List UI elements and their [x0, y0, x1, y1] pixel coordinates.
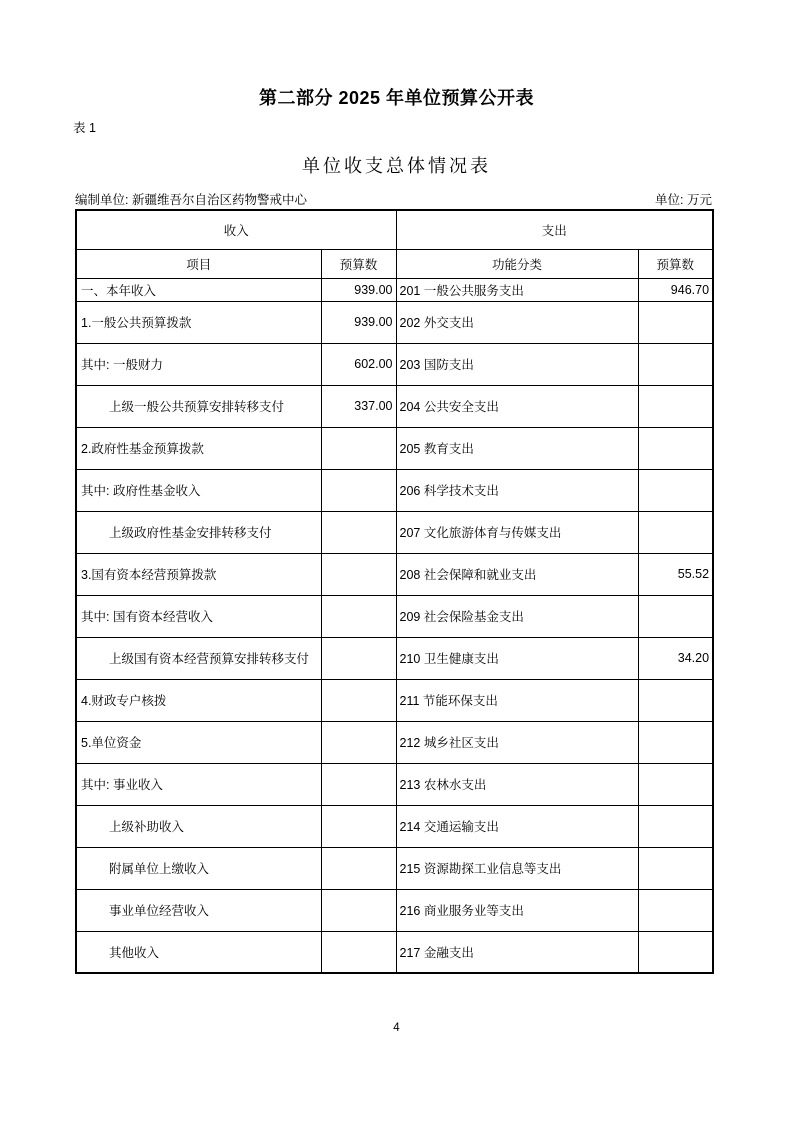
income-value-cell — [321, 931, 396, 973]
table-title: 单位收支总体情况表 — [0, 152, 793, 178]
col-header-budget2: 预算数 — [638, 249, 713, 278]
expense-value-cell — [638, 931, 713, 973]
income-value-cell — [321, 763, 396, 805]
income-item-cell: 附属单位上缴收入 — [76, 847, 321, 889]
table-header-row-sub: 项目 预算数 功能分类 预算数 — [76, 249, 713, 278]
col-header-budget: 预算数 — [321, 249, 396, 278]
expense-value-cell — [638, 721, 713, 763]
expense-item-cell: 201 一般公共服务支出 — [396, 278, 638, 301]
table-row: 其中: 政府性基金收入 206 科学技术支出 — [76, 469, 713, 511]
expense-item-cell: 215 资源勘探工业信息等支出 — [396, 847, 638, 889]
income-value-cell — [321, 637, 396, 679]
expense-item-cell: 203 国防支出 — [396, 343, 638, 385]
table-meta-line: 编制单位: 新疆维吾尔自治区药物警戒中心 单位: 万元 — [75, 190, 712, 208]
expense-item-cell: 202 外交支出 — [396, 301, 638, 343]
income-item-cell: 4.财政专户核拨 — [76, 679, 321, 721]
income-section-header: 收入 — [76, 210, 396, 249]
income-value-cell — [321, 469, 396, 511]
income-value-cell — [321, 721, 396, 763]
table-row: 其他收入 217 金融支出 — [76, 931, 713, 973]
table-row: 事业单位经营收入 216 商业服务业等支出 — [76, 889, 713, 931]
document-page: 第二部分 2025 年单位预算公开表 表 1 单位收支总体情况表 编制单位: 新… — [0, 0, 793, 1122]
expense-item-cell: 217 金融支出 — [396, 931, 638, 973]
col-header-item: 项目 — [76, 249, 321, 278]
table-row: 5.单位资金 212 城乡社区支出 — [76, 721, 713, 763]
table-row: 上级国有资本经营预算安排转移支付 210 卫生健康支出 34.20 — [76, 637, 713, 679]
table-row: 一、本年收入 939.00 201 一般公共服务支出 946.70 — [76, 278, 713, 301]
expense-item-cell: 210 卫生健康支出 — [396, 637, 638, 679]
expense-value-cell — [638, 427, 713, 469]
income-value-cell: 939.00 — [321, 278, 396, 301]
unit-note-label: 单位: 万元 — [655, 190, 712, 208]
expense-item-cell: 208 社会保障和就业支出 — [396, 553, 638, 595]
expense-value-cell — [638, 763, 713, 805]
expense-item-cell: 205 教育支出 — [396, 427, 638, 469]
income-item-cell: 其中: 事业收入 — [76, 763, 321, 805]
prepared-by-label: 编制单位: 新疆维吾尔自治区药物警戒中心 — [75, 190, 307, 208]
income-value-cell — [321, 805, 396, 847]
expense-item-cell: 207 文化旅游体育与传媒支出 — [396, 511, 638, 553]
expense-value-cell — [638, 385, 713, 427]
income-item-cell: 3.国有资本经营预算拨款 — [76, 553, 321, 595]
expense-value-cell: 946.70 — [638, 278, 713, 301]
table-row: 2.政府性基金预算拨款 205 教育支出 — [76, 427, 713, 469]
income-value-cell — [321, 427, 396, 469]
expense-item-cell: 204 公共安全支出 — [396, 385, 638, 427]
income-item-cell: 2.政府性基金预算拨款 — [76, 427, 321, 469]
expense-item-cell: 214 交通运输支出 — [396, 805, 638, 847]
expense-value-cell — [638, 469, 713, 511]
document-title: 第二部分 2025 年单位预算公开表 — [0, 84, 793, 110]
expense-value-cell: 34.20 — [638, 637, 713, 679]
income-item-cell: 上级政府性基金安排转移支付 — [76, 511, 321, 553]
income-value-cell — [321, 889, 396, 931]
income-value-cell — [321, 511, 396, 553]
income-item-cell: 上级国有资本经营预算安排转移支付 — [76, 637, 321, 679]
expense-item-cell: 206 科学技术支出 — [396, 469, 638, 511]
income-value-cell: 939.00 — [321, 301, 396, 343]
income-value-cell: 602.00 — [321, 343, 396, 385]
table-row: 1.一般公共预算拨款 939.00 202 外交支出 — [76, 301, 713, 343]
col-header-function: 功能分类 — [396, 249, 638, 278]
income-value-cell: 337.00 — [321, 385, 396, 427]
income-item-cell: 上级补助收入 — [76, 805, 321, 847]
income-item-cell: 其中: 一般财力 — [76, 343, 321, 385]
income-item-cell: 1.一般公共预算拨款 — [76, 301, 321, 343]
expense-section-header: 支出 — [396, 210, 713, 249]
income-value-cell — [321, 553, 396, 595]
table-row: 附属单位上缴收入 215 资源勘探工业信息等支出 — [76, 847, 713, 889]
table-row: 4.财政专户核拨 211 节能环保支出 — [76, 679, 713, 721]
expense-item-cell: 216 商业服务业等支出 — [396, 889, 638, 931]
table-row: 3.国有资本经营预算拨款 208 社会保障和就业支出 55.52 — [76, 553, 713, 595]
income-value-cell — [321, 595, 396, 637]
income-item-cell: 其中: 国有资本经营收入 — [76, 595, 321, 637]
expense-value-cell — [638, 847, 713, 889]
expense-value-cell — [638, 343, 713, 385]
expense-item-cell: 211 节能环保支出 — [396, 679, 638, 721]
expense-value-cell — [638, 301, 713, 343]
table-row: 上级补助收入 214 交通运输支出 — [76, 805, 713, 847]
table-row: 其中: 国有资本经营收入 209 社会保险基金支出 — [76, 595, 713, 637]
expense-value-cell — [638, 511, 713, 553]
expense-item-cell: 212 城乡社区支出 — [396, 721, 638, 763]
table-row: 其中: 事业收入 213 农林水支出 — [76, 763, 713, 805]
income-item-cell: 5.单位资金 — [76, 721, 321, 763]
expense-value-cell — [638, 679, 713, 721]
table-header-row-main: 收入 支出 — [76, 210, 713, 249]
income-item-cell: 事业单位经营收入 — [76, 889, 321, 931]
table-row: 上级一般公共预算安排转移支付 337.00 204 公共安全支出 — [76, 385, 713, 427]
table-row: 上级政府性基金安排转移支付 207 文化旅游体育与传媒支出 — [76, 511, 713, 553]
page-number: 4 — [0, 1022, 793, 1034]
expense-value-cell: 55.52 — [638, 553, 713, 595]
expense-value-cell — [638, 889, 713, 931]
expense-value-cell — [638, 595, 713, 637]
table-row: 其中: 一般财力 602.00 203 国防支出 — [76, 343, 713, 385]
budget-summary-table: 收入 支出 项目 预算数 功能分类 预算数 一、本年收入 939.00 201 … — [75, 209, 714, 974]
table-number-label: 表 1 — [73, 118, 96, 136]
income-value-cell — [321, 679, 396, 721]
expense-item-cell: 213 农林水支出 — [396, 763, 638, 805]
expense-value-cell — [638, 805, 713, 847]
expense-item-cell: 209 社会保险基金支出 — [396, 595, 638, 637]
income-item-cell: 其他收入 — [76, 931, 321, 973]
income-item-cell: 一、本年收入 — [76, 278, 321, 301]
income-item-cell: 其中: 政府性基金收入 — [76, 469, 321, 511]
income-item-cell: 上级一般公共预算安排转移支付 — [76, 385, 321, 427]
income-value-cell — [321, 847, 396, 889]
